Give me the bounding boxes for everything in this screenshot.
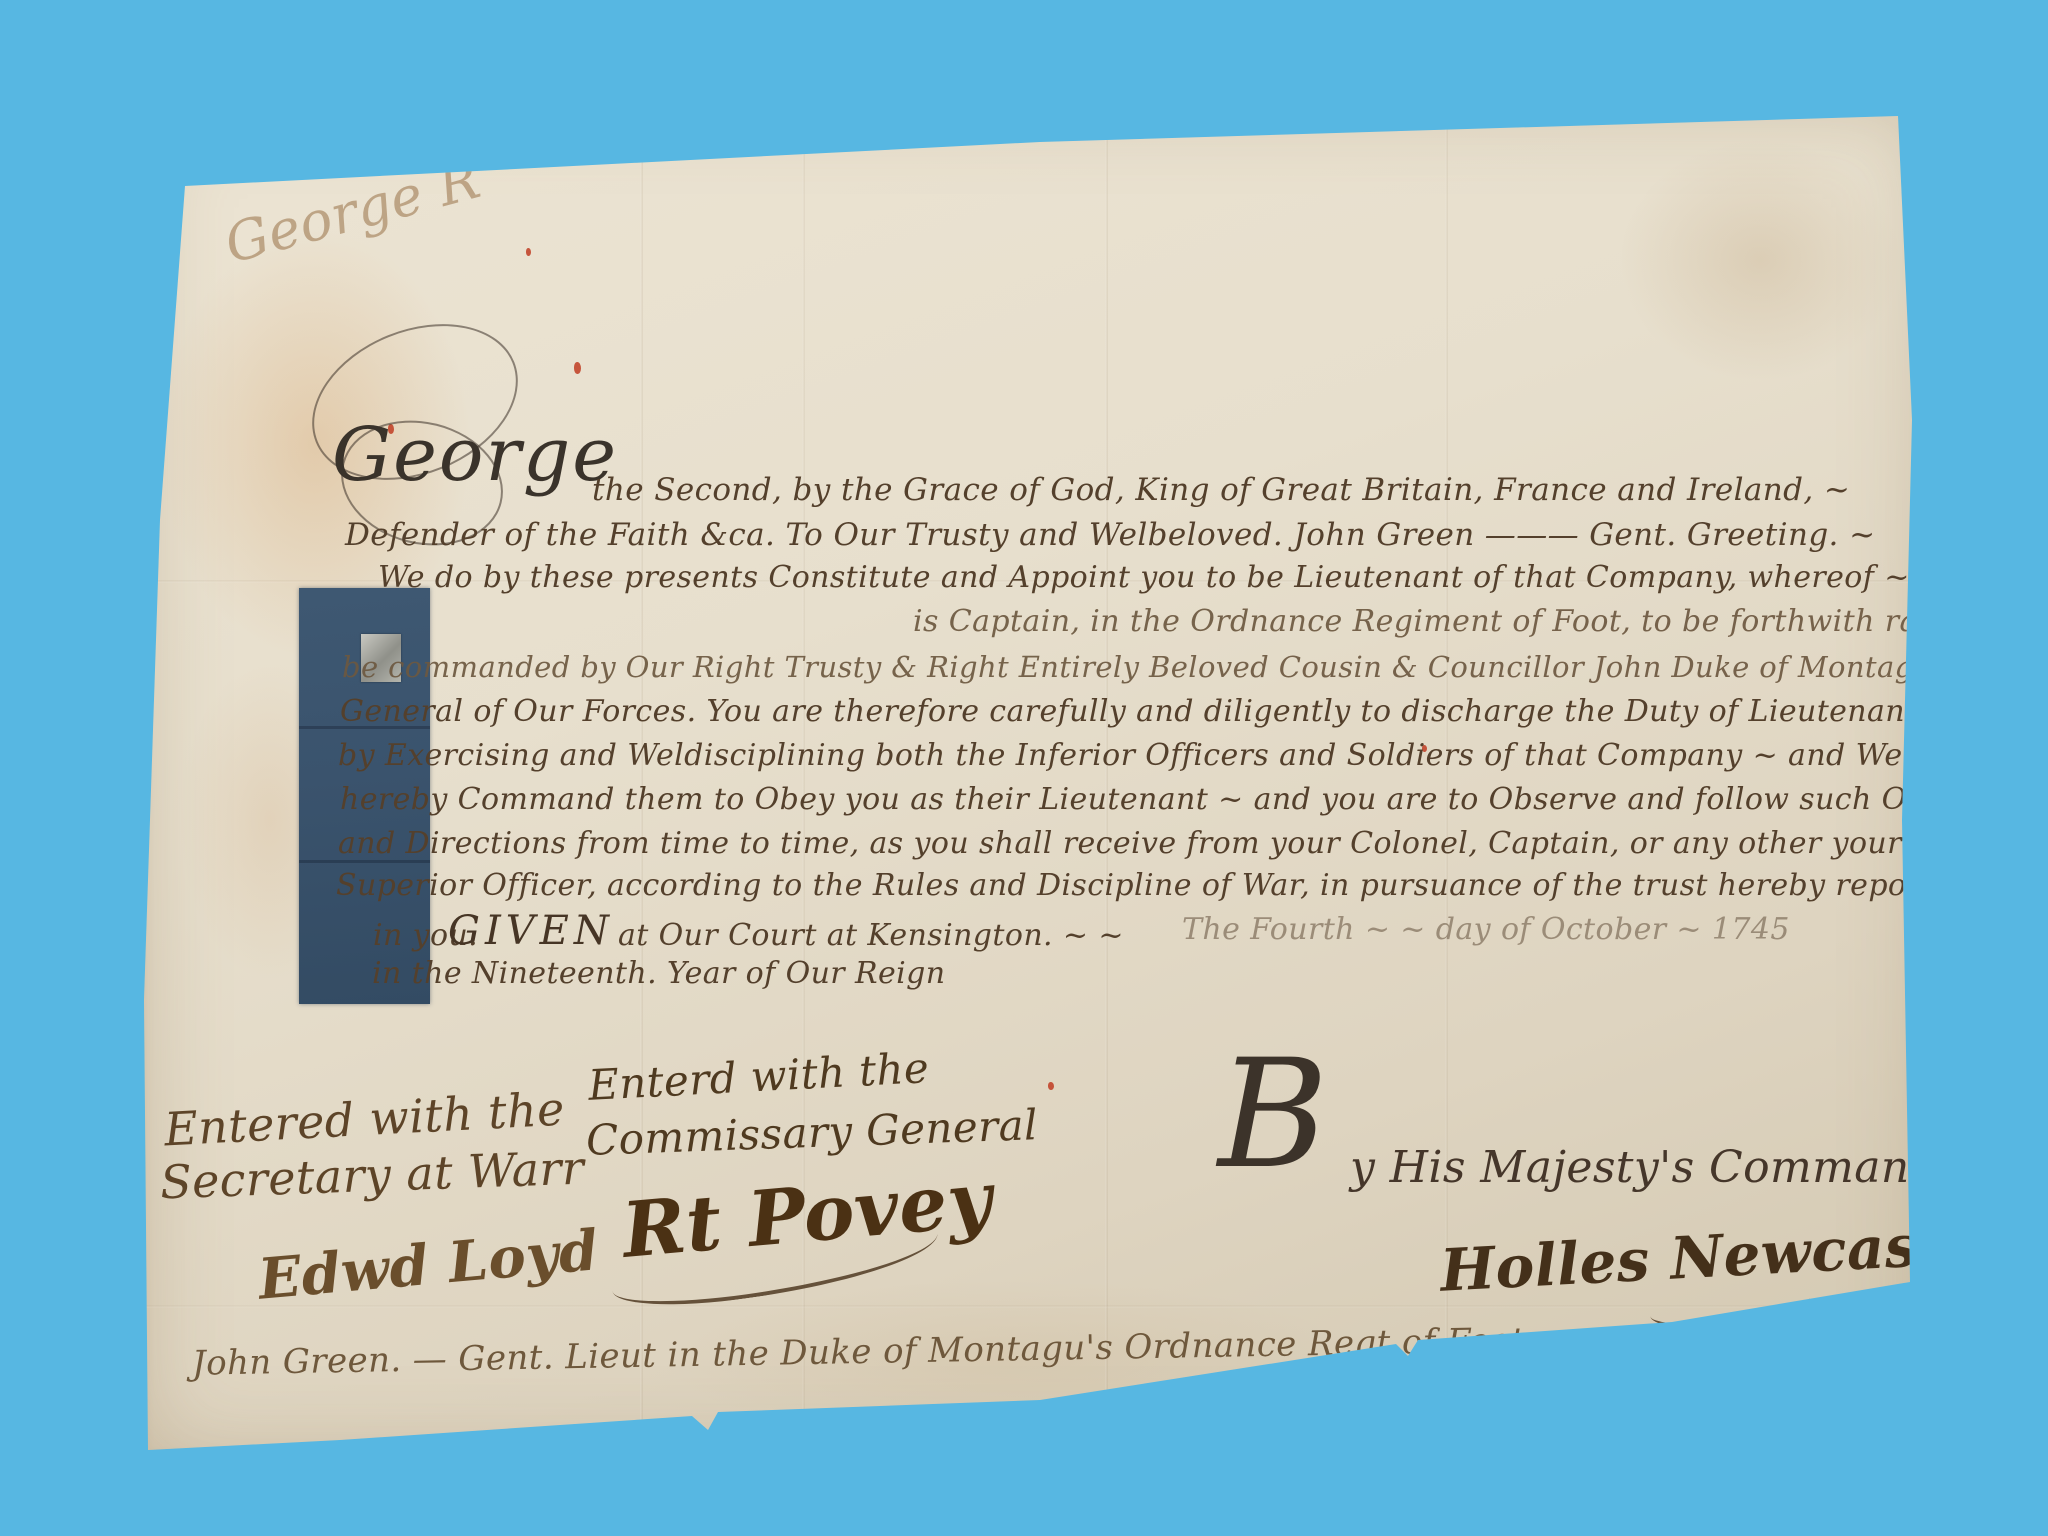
- wax-speck: [574, 362, 581, 374]
- body-line: Defender of the Faith &ca. To Our Trusty…: [345, 517, 1875, 553]
- command-flourish-letter: B: [1218, 1028, 1329, 1202]
- fold-line-3: [1105, 100, 1108, 1460]
- body-line: hereby Command them to Obey you as their…: [340, 782, 1974, 817]
- parchment-document: George R George the Second, by the Grace…: [140, 100, 1930, 1460]
- command-text: y His Majesty's Command: [1350, 1142, 1938, 1193]
- body-line: Superior Officer, according to the Rules…: [336, 868, 1960, 903]
- royal-signature: George R: [218, 147, 486, 275]
- body-line: be commanded by Our Right Trusty & Right…: [342, 650, 2048, 684]
- signature-secretary-at-war: Edwd Loyd: [256, 1217, 601, 1312]
- body-line: We do by these presents Constitute and A…: [378, 560, 1945, 595]
- body-line: the Second, by the Grace of God, King of…: [592, 472, 1850, 508]
- endorsement-middle-line1: Enterd with the: [587, 1043, 930, 1110]
- given-line-court: at Our Court at Kensington. ~ ~: [618, 918, 1124, 953]
- given-line-date: The Fourth ~ ~ day of October ~ 1745: [1182, 912, 1790, 947]
- body-line: and Directions from time to time, as you…: [338, 826, 1937, 861]
- photo-background: George R George the Second, by the Grace…: [0, 0, 2048, 1536]
- stain-top-right: [1620, 140, 1900, 380]
- body-line: by Exercising and Weldisciplining both t…: [338, 738, 1951, 773]
- opening-word: George: [332, 412, 618, 498]
- wax-speck: [526, 248, 531, 256]
- body-line: General of Our Forces. You are therefore…: [340, 694, 1918, 729]
- wax-speck: [1048, 1082, 1054, 1090]
- docket-line: John Green. — Gent. Lieut in the Duke of…: [192, 1320, 1537, 1383]
- given-word: GIVEN: [448, 908, 614, 954]
- reign-line: in the Nineteenth. Year of Our Reign: [372, 956, 945, 991]
- body-line: is Captain, in the Ordnance Regiment of …: [913, 604, 2048, 639]
